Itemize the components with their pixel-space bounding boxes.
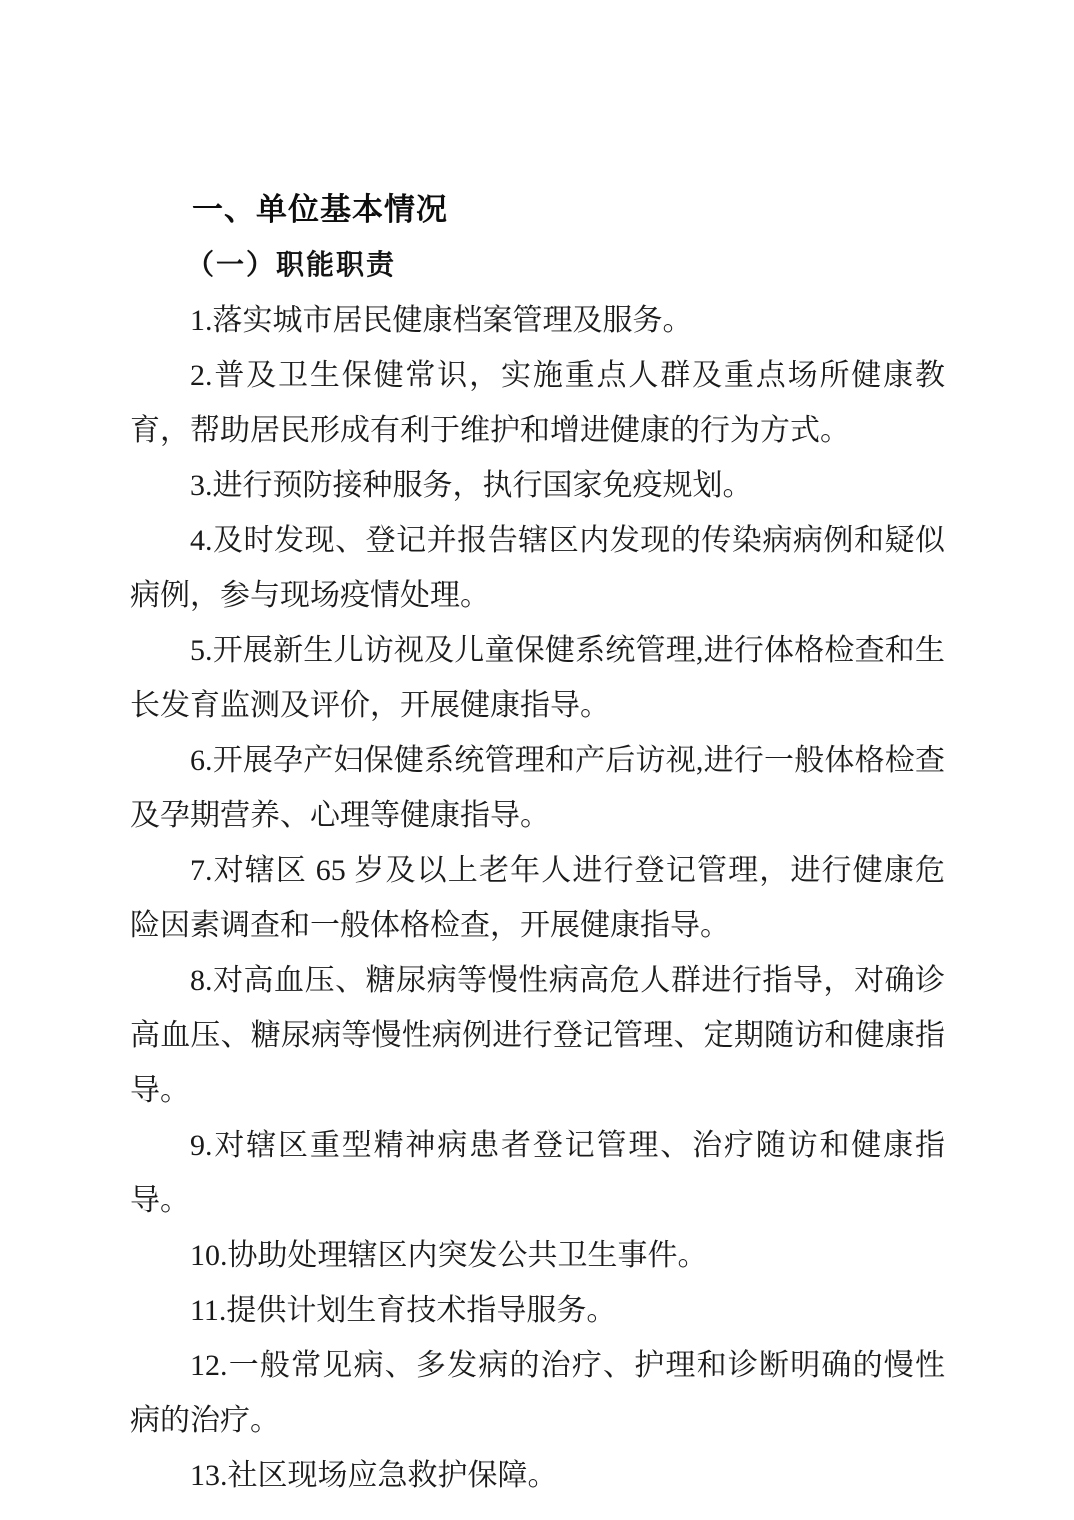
paragraph-item: 9.对辖区重型精神病患者登记管理、治疗随访和健康指导。: [130, 1118, 945, 1228]
paragraph-item: 5.开展新生儿访视及儿童保健系统管理,进行体格检查和生长发育监测及评价，开展健康…: [130, 623, 945, 733]
paragraph-item: 1.落实城市居民健康档案管理及服务。: [130, 293, 945, 348]
paragraph-item: 10.协助处理辖区内突发公共卫生事件。: [130, 1228, 945, 1283]
section-heading: 一、单位基本情况: [130, 182, 945, 238]
paragraph-item: 13.社区现场应急救护保障。: [130, 1448, 945, 1503]
subsection-heading: （一）职能职责: [130, 238, 945, 293]
paragraph-item: 7.对辖区 65 岁及以上老年人进行登记管理，进行健康危险因素调查和一般体格检查…: [130, 843, 945, 953]
paragraph-item: 3.进行预防接种服务，执行国家免疫规划。: [130, 458, 945, 513]
paragraph-item: 2.普及卫生保健常识，实施重点人群及重点场所健康教育，帮助居民形成有利于维护和增…: [130, 348, 945, 458]
paragraph-list: 1.落实城市居民健康档案管理及服务。2.普及卫生保健常识，实施重点人群及重点场所…: [130, 293, 945, 1503]
paragraph-item: 8.对高血压、糖尿病等慢性病高危人群进行指导，对确诊高血压、糖尿病等慢性病例进行…: [130, 953, 945, 1118]
document-page: 一、单位基本情况 （一）职能职责 1.落实城市居民健康档案管理及服务。2.普及卫…: [0, 0, 1074, 1520]
paragraph-item: 11.提供计划生育技术指导服务。: [130, 1283, 945, 1338]
paragraph-item: 6.开展孕产妇保健系统管理和产后访视,进行一般体格检查及孕期营养、心理等健康指导…: [130, 733, 945, 843]
paragraph-item: 12.一般常见病、多发病的治疗、护理和诊断明确的慢性病的治疗。: [130, 1338, 945, 1448]
paragraph-item: 4.及时发现、登记并报告辖区内发现的传染病病例和疑似病例，参与现场疫情处理。: [130, 513, 945, 623]
